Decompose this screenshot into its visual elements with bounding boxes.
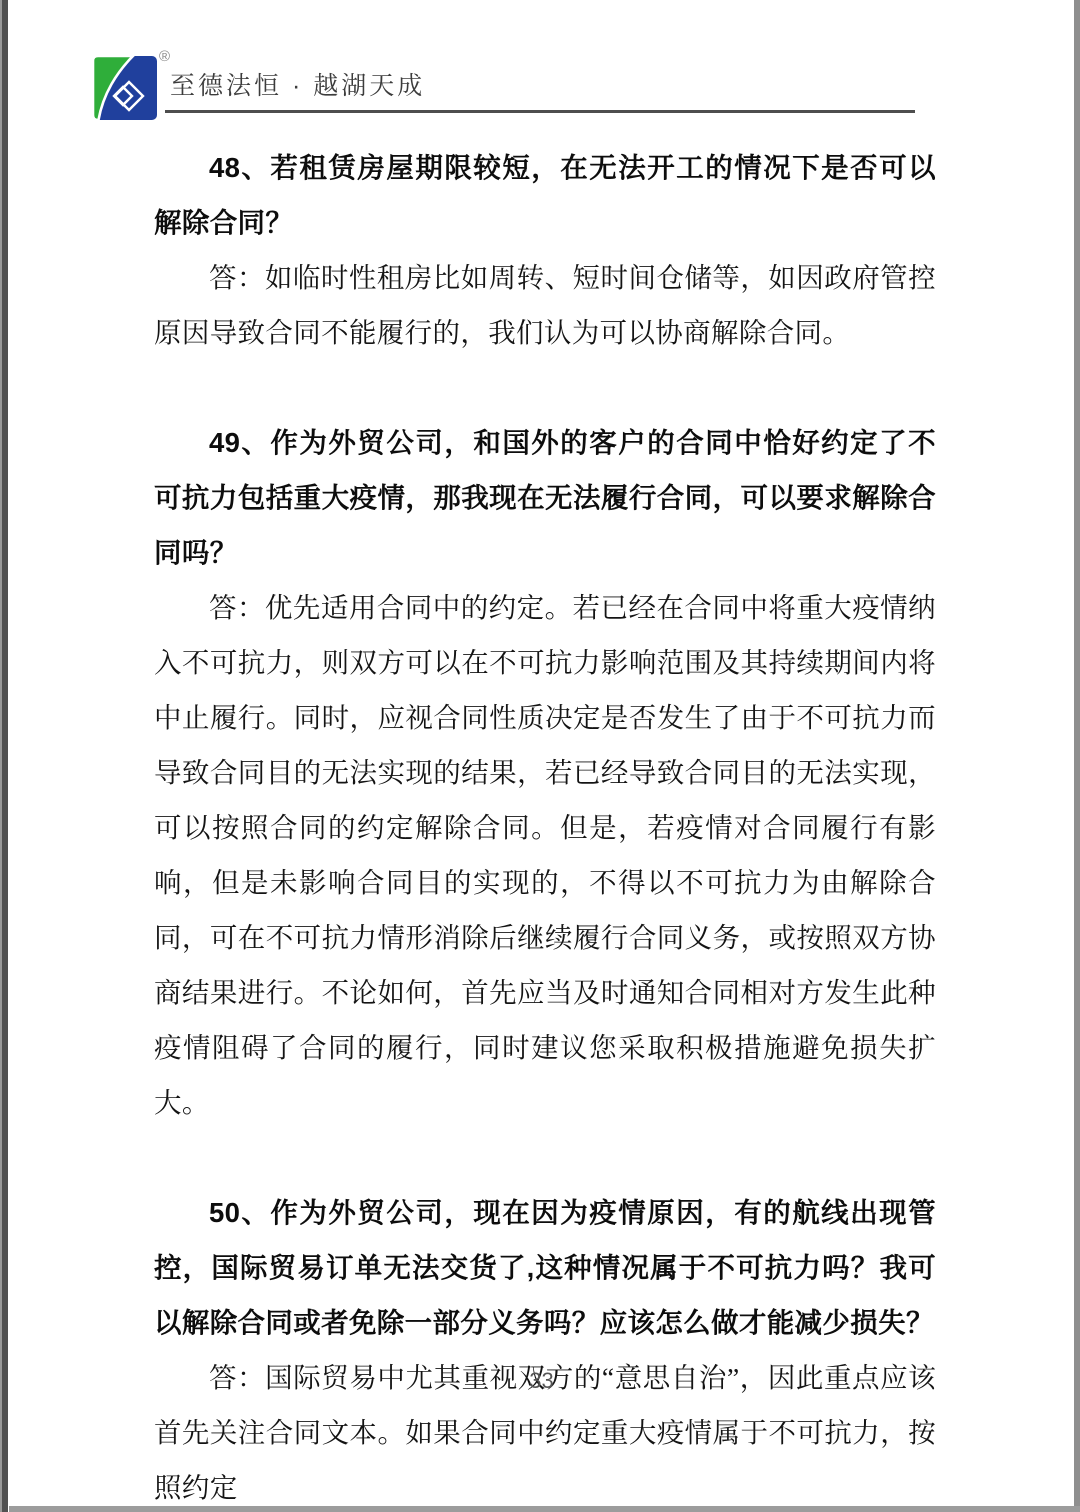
- qa-item-50: 50、作为外贸公司，现在因为疫情原因，有的航线出现管控，国际贸易订单无法交货了,…: [154, 1185, 936, 1512]
- answer-49: 答：优先适用合同中的约定。若已经在合同中将重大疫情纳入不可抗力，则双方可以在不可…: [154, 580, 936, 1130]
- page-footer: 33: [9, 1368, 1074, 1394]
- qa-item-48: 48、若租赁房屋期限较短，在无法开工的情况下是否可以解除合同？ 答：如临时性租房…: [154, 140, 936, 360]
- page-edge-bottom: [9, 1506, 1080, 1512]
- page-edge-left: [0, 0, 9, 1512]
- question-50: 50、作为外贸公司，现在因为疫情原因，有的航线出现管控，国际贸易订单无法交货了,…: [154, 1185, 936, 1350]
- header-divider: [165, 110, 915, 113]
- brand-logo-icon: [93, 56, 157, 120]
- page-number: 33: [529, 1368, 553, 1393]
- qa-item-49: 49、作为外贸公司，和国外的客户的合同中恰好约定了不可抗力包括重大疫情，那我现在…: [154, 415, 936, 1130]
- brand-logo: ®: [93, 56, 173, 126]
- question-48: 48、若租赁房屋期限较短，在无法开工的情况下是否可以解除合同？: [154, 140, 936, 250]
- page-edge-right: [1074, 0, 1080, 1512]
- brand-title: 至德法恒 · 越湖天成: [170, 66, 425, 102]
- document-body: 48、若租赁房屋期限较短，在无法开工的情况下是否可以解除合同？ 答：如临时性租房…: [154, 140, 936, 1512]
- answer-48: 答：如临时性租房比如周转、短时间仓储等，如因政府管控原因导致合同不能履行的，我们…: [154, 250, 936, 360]
- question-49: 49、作为外贸公司，和国外的客户的合同中恰好约定了不可抗力包括重大疫情，那我现在…: [154, 415, 936, 580]
- registered-trademark-icon: ®: [159, 48, 170, 65]
